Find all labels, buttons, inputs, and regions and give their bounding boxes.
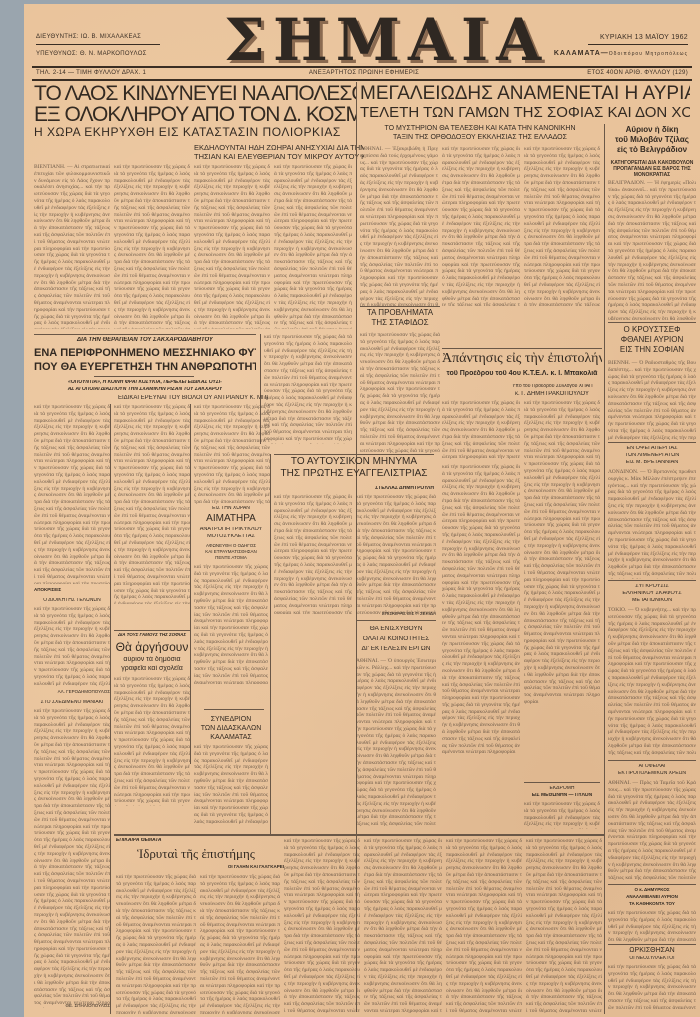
left-label: ΑΠΟΚΡΙΣΕΙΣ (34, 588, 110, 593)
section-rule (608, 884, 696, 885)
ktel-byline-1: Ὑπὸ τοῦ Προέδρου Συλλόγου ΧΠΑΠ (504, 384, 600, 389)
greece-subhead-1: ΑΝΑΤΡΟΠΗ ΤΡΙΚΥΚΛΟΥ (194, 527, 268, 533)
diabetes-body-col-1: καὶ τὴν πρωτεύουσαν τῆς χώρας διὰ τὰ γεγ… (34, 404, 110, 584)
annunciation-headline-1: ΤΟ ΑΥΤΟΥΣΙΚΟΝ ΜΗΝΥΜΑ (274, 457, 434, 467)
lead-left-headline-2: ΕΞ ΟΛΟΚΛΗΡΟΥ ΑΠΟ ΤΟΝ Δ. ΚΟΣΜΟΝ (34, 104, 356, 125)
diabetes-headline-1: ΕΝΑ ΠΕΡΙΦΡΟΝΗΜΕΝΟ ΜΕΣΣΗΝΙΑΚΟ ΦΥΤΟ (34, 348, 256, 359)
section-rule (114, 834, 604, 836)
collision-headline-1: ΣΥΓΚΡΟΥΣΙΣ (608, 584, 696, 590)
science-kicker: ΕΠΙΚΑΙΡΑ ΘΕΜΑΤΑ (116, 838, 196, 843)
director-credit: ΔΙΕΥΘΥΝΤΗΣ: ΙΩ. Β. ΜΙΧΑΛΑΚΕΑΣ (36, 34, 141, 40)
lead-right-headline-1: ΜΕΓΑΛΕΙΩΔΗΣ ΑΝΑΜΕΝΕΤΑΙ Η ΑΥΡΙΑΝΗ (360, 84, 690, 103)
diabetes-deck-2: ΑΣ ΑΙ ΟΠΟΙΑΙ ΔΙΑΣΠΟΥΝ ΤΗΝ ΣΧΑΜΙΚΗΝ ΡΙΖΑΝ… (34, 387, 256, 392)
science-body-col-2: καὶ τὴν πρωτεύουσαν τῆς χώρας διὰ τὰ γεγ… (200, 874, 280, 1014)
editor-credit: ΥΠΕΥΘΥΝΟΣ: Θ. Ν. ΜΑΡΚΟΠΟΥΛΟΣ (36, 51, 147, 57)
greece-body: καὶ τὴν πρωτεύουσαν τῆς χώρας διὰ τὰ γεγ… (194, 564, 268, 684)
section-rule (608, 760, 696, 761)
collision-body: ΤΟΚΙΟ. — Ὁ κυβερνήτης... καὶ τὴν πρωτεύο… (608, 607, 696, 757)
dimyrkos-headline-2: ΑΝΑΛΑΜΒΑΝΕΙ ΑΥΡΙΟΝ (608, 895, 696, 900)
lead-left-body-col-5: καὶ τὴν πρωτεύουσαν τῆς χώρας διὰ τὰ γεγ… (264, 334, 352, 444)
ktel-headline-1: Ἀπάντησις εἰς τὴν ἐπιστολήν (442, 352, 602, 366)
left-brief-2-body: καὶ τὴν πρωτεύουσαν τῆς χώρας διὰ τὰ γεγ… (34, 708, 110, 1008)
section-rule (114, 630, 190, 631)
section-rule (608, 944, 696, 945)
krushchev-headline-1: Ο ΚΡΟΥΣΤΣΕΦ (608, 326, 696, 334)
communities-headline-3: ΔΙ' ΕΚΤΕΛΕΣΙΝ ΕΡΓΩΝ (356, 646, 436, 653)
greece-headline: ΑΙΜΑΤΗΡΑ (194, 514, 268, 524)
issue-date: ΚΥΡΙΑΚΗ 13 ΜΑΪΟΥ 1962 (600, 34, 688, 41)
djilas-headline-3: εἰς τὸ Βελιγράδιον (608, 146, 696, 154)
masthead-rule (32, 66, 692, 68)
dock-strike-headline-3: ΕΙΣ Μ. ΒΡΕΤΑΝΝΙΑΝ (608, 460, 696, 466)
greece-subhead-2: ΜΟΤΟΣΥΚΛΕΤΤΑΣ (194, 534, 268, 540)
divider (36, 44, 160, 45)
diabetes-deck-1: «ΟΠΟΥΝΤΙΑ», Η ΚΟΙΝΗ ΦΡΑΓΚΟΣΥΚΙΑ, ΠΕΡΙΕΧΕ… (34, 380, 256, 385)
section-rule (204, 709, 264, 710)
djilas-headline-1: Αὔριον ἡ δίκη (608, 126, 696, 134)
djilas-headline-2: τοῦ Μιλοβάν Τζίλας (608, 136, 696, 144)
left-signature: ΑΛ. ΓΕΡΟΔΗΜΟΠΟΥΛΟΣ (34, 690, 110, 695)
divider (94, 376, 194, 377)
annunciation-byline: ΣΤΕΛΛΑΣ ΔΗΜΗΤΡΟΥΛΗ (324, 486, 434, 491)
lead-right-deck-1: ΤΟ ΜΥΣΤΗΡΙΟΝ ΘΑ ΤΕΛΕΣΘΗ ΚΑΙ ΚΑΤΑ ΤΗΝ ΚΑΝ… (360, 125, 600, 132)
lead-left-subhead: Η ΧΩΡΑ ΕΚΗΡΥΧΘΗ ΕΙΣ ΚΑΤΑΣΤΑΣΙΝ ΠΟΛΙΟΡΚΙΑ… (34, 126, 356, 138)
debts-body: ΑΘΗΝΑΙ. — Πρὸς τὰ Ταμεῖα τοῦ Κράτους... … (608, 780, 696, 880)
lead-left-headline-1: ΤΟ ΛΑΟΣ ΚΙΝΔΥΝΕΥΕΙ ΝΑ ΑΠΟΛΕΣΘΗ (34, 83, 356, 104)
ktel-body-col-2: καὶ τὴν πρωτεύουσαν τῆς χώρας διὰ τὰ γεγ… (524, 400, 600, 780)
annunciation-headline-2: ΤΗΣ ΠΡΩΤΗΣ ΕΥΑΓΓΕΛΙΣΤΡΙΑΣ (274, 469, 434, 479)
greece-kicker: ΕΙΣ ΤΗΝ ΧΩΡΑΝ (194, 506, 268, 511)
dock-strike-body: ΛΟΝΔΙΝΟΝ. — Ὁ Βρεταννὸς πρωθυπουργὸς κ. … (608, 469, 696, 579)
diabetes-byline: ΕΙΔΙΚΑΙ ΕΡΕΥΝΑΙ ΤΟΥ ΒΙΟΛΟΓΟΥ ΑΝΤΡΙΑΝΟΥ Κ… (118, 395, 268, 401)
dock-strike-headline-1: ΕΝ ΟΨΕΙ ΑΠΕΡΓΙΑΣ (608, 446, 696, 452)
teachers-headline-3: ΚΑΛΑΜΑΤΑΣ (194, 734, 268, 741)
debts-headline-1: ΑΙ ΟΦΕΙΛΑΙ (608, 764, 696, 769)
section-rule (34, 334, 256, 335)
teachers-headline-1: ΣΥΝΕΔΡΙΟΝ (194, 716, 268, 723)
communities-body: ΑΘΗΝΑΙ. — Ὁ ὑπουργὸς Ἐσωτερικῶν κ. Ράλλη… (356, 658, 436, 828)
science-body-col-4: καὶ τὴν πρωτεύουσαν τῆς χώρας διὰ τὰ γεγ… (364, 838, 442, 1014)
lead-right-body-col-2: καὶ τὴν πρωτεύουσαν τῆς χώρας διὰ τὰ γεγ… (442, 146, 520, 306)
section-rule (442, 348, 602, 349)
science-body-col-6: καὶ τὴν πρωτεύουσαν τῆς χώρας διὰ τὰ γεγ… (526, 838, 602, 1014)
meothoni-body: καὶ τὴν πρωτεύουσαν τῆς χώρας διὰ τὰ γεγ… (524, 801, 600, 829)
collision-headline-2: ΕΛΛΗΝΙΚΟΥ ΣΚΑΦΟΥΣ (608, 591, 696, 597)
issue-number: ΕΤΟΣ 40ον ΑΡΙΘ. ΦΥΛΛΟΥ (129) (587, 70, 688, 76)
science-byline: ΟΙ ΓΑΛΗΝ ΚΑΙ ΓΑΛΓΚΑΡΕΙ (204, 865, 284, 870)
lead-right-body-col-1: ΑΘΗΝΑΙ. — Ἐξακριβώθη ἡ Πριγκηπίσσα διά τ… (360, 146, 438, 306)
krushchev-body: ΒΙΕΝΝΗ. — Ὁ Ραδιοσταθμὸς τῆς Βουδαπέστης… (608, 360, 696, 440)
diabetes-body-col-3: καὶ τὴν πρωτεύουσαν τῆς χώρας διὰ τὰ γεγ… (194, 404, 270, 504)
lead-left-body-col-1: ΒΙΕΝΤΙΑΝΗ. — Αἱ στρατιωτικαί ἐπιτυχίαι τ… (34, 164, 110, 329)
meothoni-headline: ΕΙΣ ΜΕΘΩΝΗΝ — ΠΥΛΟΝ (524, 793, 600, 798)
column-divider (604, 124, 605, 1014)
ktel-byline-2: κ. Γ. ΔΗΜΗΤΡΑΚΟΠΟΥΛΟΥ (504, 391, 600, 397)
lead-right-deck-2: ΤΑΞΙΝ ΤΗΣ ΟΡΘΟΔΟΞΟΥ ΕΚΚΛΗΣΙΑΣ ΤΗΣ ΕΛΛΑΔΟ… (360, 134, 600, 141)
city-address: Οδοιπόρου Μητροπόλεως (609, 51, 688, 57)
science-body-col-3: καὶ τὴν πρωτεύουσαν τῆς χώρας διὰ τὰ γεγ… (284, 838, 360, 1014)
annunciation-body-col-1: καὶ τὴν πρωτεύουσαν τῆς χώρας διὰ τὰ γεγ… (274, 494, 352, 614)
oath-body: καὶ τὴν πρωτεύουσαν τῆς χώρας διὰ τὰ γεγ… (608, 964, 696, 1009)
communities-headline-2: ΟΛΑΙ ΑΙ ΚΟΙΝΟΤΗΤΕΣ (356, 636, 436, 643)
debts-headline-2: ΕΚ ΠΡΟΠΟΛΕΜΙΚΩΝ ΧΡΕΩΝ (608, 771, 696, 776)
right-body-col-mid: καὶ τὴν πρωτεύουσαν τῆς χώρας διὰ τὰ γεγ… (442, 464, 520, 824)
section-rule (356, 620, 436, 621)
oath-headline-1: ΩΡΚΙΣΘΗΣΑΝ (608, 947, 696, 954)
diabetes-body-col-2: καὶ τὴν πρωτεύουσαν τῆς χώρας διὰ τὰ γεγ… (114, 404, 190, 604)
collision-headline-3: ΜΕ ΙΑΠΩΝΙΚΟΝ (608, 598, 696, 604)
djilas-body: ΒΕΛΙΓΡΑΔΙΟΝ. — Ἡ ἐφημερίς «Πολιτίκα» ἀνα… (608, 180, 696, 320)
communities-headline-1: ΘΑ ΕΝΙΣΧΥΘΟΥΝ (356, 626, 436, 633)
diabetes-headline-2: ΠΟΥ ΘΑ ΕΥΕΡΓΕΤΗΣΗ ΤΗΝ ΑΝΘΡΩΠΟΤΗΤΑ (34, 362, 256, 373)
city-line: ΚΑΛΑΜΑΤΑ—Οδοιπόρου Μητροπόλεως (554, 50, 688, 57)
greece-deck-1: ΑΦΩΝΕΥΘΗ Ο ΟΔΗΓΟΣ (194, 544, 268, 549)
phone-price: ΤΗΛ. 2-14 — ΤΙΜΗ ΦΥΛΛΟΥ ΔΡΑΧ. 1 (36, 70, 146, 76)
lead-right-headline-2: ΤΕΛΕΤΗ ΤΩΝ ΓΑΜΩΝ ΤΗΣ ΣΟΦΙΑΣ ΚΑΙ ΔΟΝ ΧΟΥΑ… (360, 105, 690, 120)
oath-headline-2: ΟΙ ΝΕΟΣΥΛΛΕΚΤΟΙ (608, 956, 696, 961)
stafida-body: καὶ τὴν πρωτεύουσαν τῆς χώρας διὰ τὰ γεγ… (360, 332, 440, 454)
teachers-headline-2: ΤΩΝ ΔΙΔΑΣΚΑΛΩΝ (194, 725, 268, 732)
section-rule (608, 580, 696, 581)
ktel-body-col-1: καὶ τὴν πρωτεύουσαν τῆς χώρας διὰ τὰ γεγ… (442, 400, 520, 460)
tagline: ΑΝΕΞΑΡΤΗΤΟΣ ΠΡΩΙΝΗ ΕΦΗΜΕΡΙΣ (284, 70, 444, 76)
stafida-headline-1: ΤΑ ΠΡΟΒΛΗΜΑΤΑ (360, 309, 440, 317)
dimyrkos-headline-3: ΤΑ ΚΑΘΗΚΟΝΤΑ ΤΟΥ (608, 902, 696, 907)
column-divider (270, 454, 271, 834)
masthead-rule-bottom (32, 79, 692, 81)
lead-left-deck-2: ΤΗΣΙΑΝ ΚΑΙ ΕΛΕΥΘΕΡΙΑΝ ΤΟΥ ΜΙΚΡΟΥ ΑΥΤΟΥ Κ… (194, 153, 364, 161)
dock-strike-headline-2: ΤΩΝ ΛΙΜΕΝΕΡΓΑΤΩΝ (608, 453, 696, 459)
section-rule (608, 442, 696, 443)
stafida-headline-2: ΤΗΣ ΣΤΑΦΙΔΟΣ (360, 319, 440, 327)
teachers-body: καὶ τὴν πρωτεύουσαν τῆς χώρας διὰ τὰ γεγ… (194, 744, 268, 824)
lead-left-body-col-3: καὶ τὴν πρωτεύουσαν τῆς χώρας διὰ τὰ γεγ… (194, 164, 270, 329)
city: ΚΑΛΑΜΑΤΑ (554, 50, 601, 57)
greece-deck-2: ΚΑΙ ΕΤΡΑΥΜΑΤΙΣΘΗΣΑΝ (194, 550, 268, 555)
greece-deck-3: ΠΕΝΤΕ ΑΤΟΜΑ (194, 556, 268, 561)
annunciation-body-col-2: καὶ τὴν πρωτεύουσαν τῆς χώρας διὰ τὰ γεγ… (356, 494, 436, 614)
lead-left-body-col-4: καὶ τὴν πρωτεύουσαν τῆς χώρας διὰ τὰ γεγ… (274, 164, 352, 329)
lead-left-deck-1: ΕΚΔΗΛΟΥΝΤΑΙ ΗΔΗ ΖΩΗΡΑΙ ΑΝΗΣΥΧΙΑΙ ΔΙΑ ΤΗΝ… (194, 144, 364, 152)
left-signature-2: ΘΕ. ΣΠΗΛΙΟΠΟΥΛΟΣ (34, 1004, 110, 1009)
meothoni-kicker: ΕΚΔΡΟΜΗ (524, 786, 600, 791)
dimyrkos-headline-1: Ο κ. ΔΗΜΥΡΚΟΣ (608, 888, 696, 893)
section-rule (360, 306, 440, 307)
section-rule (608, 322, 696, 323)
communities-byline: ΕΠΙΣΚΕΨΙΣ ΕΙΣ Γ. ΣΕΚΙΔΑ (356, 612, 436, 617)
newspaper-page: ΔΙΕΥΘΥΝΤΗΣ: ΙΩ. Β. ΜΙΧΑΛΑΚΕΑΣ ΥΠΕΥΘΥΝΟΣ:… (24, 4, 700, 1017)
schools-headline-3: γραφεῖα καὶ σχολεῖα (114, 665, 190, 672)
divider (588, 44, 688, 45)
schools-kicker: ΔΙΑ ΤΟΥΣ ΓΑΜΟΥΣ ΤΗΣ ΣΟΦΙΑΣ (114, 633, 190, 638)
schools-body: καὶ τὴν πρωτεύουσαν τῆς χώρας διὰ τὰ γεγ… (114, 676, 190, 806)
science-body-col-1: καὶ τὴν πρωτεύουσαν τῆς χώρας διὰ τὰ γεγ… (116, 874, 196, 1014)
section-rule (274, 454, 434, 455)
column-divider (110, 404, 111, 1014)
lead-right-body-col-3: καὶ τὴν πρωτεύουσαν τῆς χώρας διὰ τὰ γεγ… (524, 146, 600, 306)
dimyrkos-body: καὶ τὴν πρωτεύουσαν τῆς χώρας διὰ τὰ γεγ… (608, 910, 696, 942)
left-brief-2: ΣΤΟ ΣΧΕΔΙΜΕΝΟ ΜΑΝΙΑΚΙ (34, 700, 110, 705)
science-headline: Ἱδρυταὶ τῆς ἐπιστήμης (116, 847, 276, 860)
schools-headline-1: Θὰ ἀργήσουν (114, 641, 190, 653)
section-rule (524, 782, 600, 783)
krushchev-headline-2: ΦΘΑΝΕΙ ΑΥΡΙΟΝ (608, 336, 696, 344)
krushchev-headline-3: ΕΙΣ ΤΗΝ ΣΟΦΙΑΝ (608, 346, 696, 354)
left-brief-1-body: καὶ τὴν πρωτεύουσαν τῆς χώρας διὰ τὰ γεγ… (34, 606, 110, 686)
left-brief-1: Ο ΔΙΟΙΚΗΤΗΣ ΤΕΛΩΝΩΝ (34, 598, 110, 603)
lead-left-body-col-2: καὶ τὴν πρωτεύουσαν τῆς χώρας διὰ τὰ γεγ… (114, 164, 190, 329)
diabetes-kicker: ΔΙΑ ΤΗΝ ΘΕΡΑΠΕΙΑΝ ΤΟΥ ΣΑΚΧΑΡΟΔΙΑΒΗΤΟΥ (34, 337, 256, 343)
schools-headline-2: αὔριον τὰ δημόσια (114, 656, 190, 663)
science-body-col-5: καὶ τὴν πρωτεύουσαν τῆς χώρας διὰ τὰ γεγ… (446, 838, 522, 1014)
column-divider (190, 404, 191, 764)
ktel-headline-2: τοῦ Προέδρου τοῦ 4ου Κ.Τ.Ε.Λ. κ. Ι. Μπακ… (442, 370, 602, 377)
masthead-title: ΣΗΜΑΙΑ (224, 10, 514, 70)
djilas-deck: ΚΑΤΗΓΟΡΕΙΤΑΙ ΔΙΑ ΚΑΚΟΒΟΥΛΟΝ ΠΡΟΠΑΓΑΝΔΑΝ … (608, 160, 696, 178)
